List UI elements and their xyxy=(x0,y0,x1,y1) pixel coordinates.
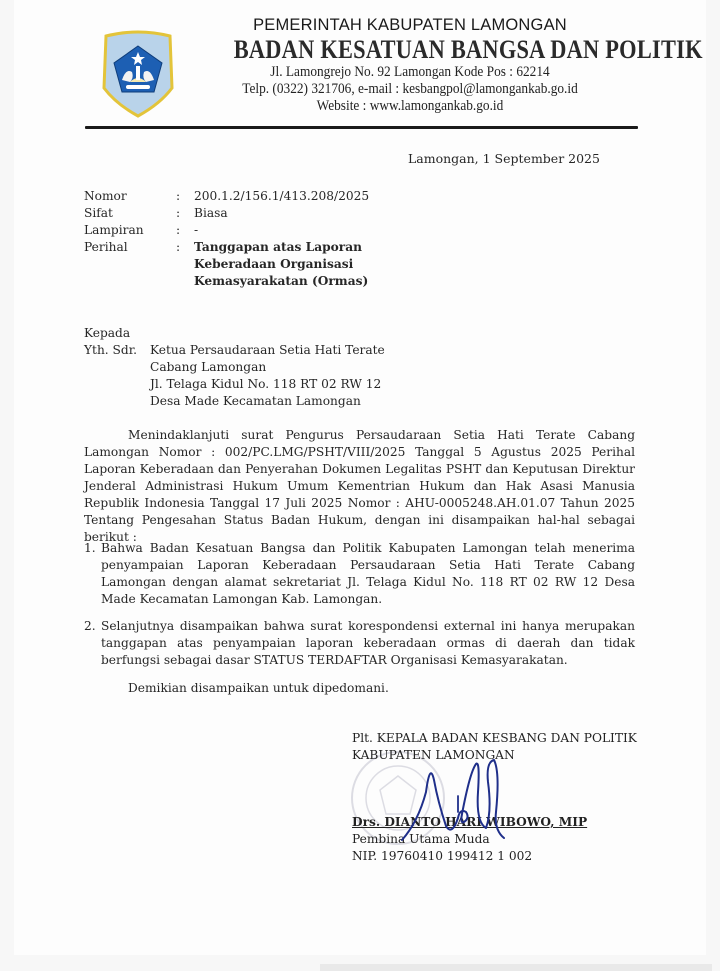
meta-separator: : xyxy=(176,239,194,290)
meta-separator: : xyxy=(176,205,194,222)
list-item: 2. Selanjutnya disampaikan bahwa surat k… xyxy=(84,618,635,669)
meta-value: - xyxy=(194,222,474,239)
meta-key: Sifat xyxy=(84,205,176,222)
letter-meta: Nomor : 200.1.2/156.1/413.208/2025 Sifat… xyxy=(84,188,474,290)
meta-separator: : xyxy=(176,222,194,239)
recipient-row: Yth. Sdr. Ketua Persaudaraan Setia Hati … xyxy=(84,342,385,410)
handwritten-signature-icon xyxy=(400,752,510,847)
letterhead: PEMERINTAH KABUPATEN LAMONGAN BADAN KESA… xyxy=(205,12,615,115)
agency-contact: Telp. (0322) 321706, e-mail : kesbangpol… xyxy=(221,81,598,98)
recipient-salutation: Yth. Sdr. xyxy=(84,342,150,410)
agency-website: Website : www.lamongankab.go.id xyxy=(221,98,598,115)
government-name: PEMERINTAH KABUPATEN LAMONGAN xyxy=(205,14,615,36)
recipient-block: Kepada Yth. Sdr. Ketua Persaudaraan Seti… xyxy=(84,325,385,410)
list-item-text: Selanjutnya disampaikan bahwa surat kore… xyxy=(101,618,635,669)
recipient-line: Desa Made Kecamatan Lamongan xyxy=(150,393,385,410)
list-item-text: Bahwa Badan Kesatuan Bangsa dan Politik … xyxy=(101,540,635,608)
opening-paragraph-text: Menindaklanjuti surat Pengurus Persaudar… xyxy=(84,427,635,546)
letterhead-divider xyxy=(85,126,638,129)
agency-address: Jl. Lamongrejo No. 92 Lamongan Kode Pos … xyxy=(221,64,598,81)
closing-sentence: Demikian disampaikan untuk dipedomani. xyxy=(128,680,389,697)
list-item-number: 1. xyxy=(84,540,101,608)
agency-name: BADAN KESATUAN BANGSA DAN POLITIK xyxy=(234,36,587,64)
recipient-lines: Ketua Persaudaraan Setia Hati Terate Cab… xyxy=(150,342,385,410)
letter-date: Lamongan, 1 September 2025 xyxy=(408,150,600,167)
meta-value-subject: Tanggapan atas Laporan Keberadaan Organi… xyxy=(194,239,379,290)
meta-key: Perihal xyxy=(84,239,176,290)
opening-paragraph: Menindaklanjuti surat Pengurus Persaudar… xyxy=(84,427,635,546)
meta-value: 200.1.2/156.1/413.208/2025 xyxy=(194,188,474,205)
list-item: 1. Bahwa Badan Kesatuan Bangsa dan Polit… xyxy=(84,540,635,608)
recipient-line: Jl. Telaga Kidul No. 118 RT 02 RW 12 xyxy=(150,376,385,393)
recipient-to: Kepada xyxy=(84,325,385,342)
list-item-number: 2. xyxy=(84,618,101,669)
recipient-line: Ketua Persaudaraan Setia Hati Terate xyxy=(150,342,385,359)
meta-value: Biasa xyxy=(194,205,474,222)
meta-row-lampiran: Lampiran : - xyxy=(84,222,474,239)
meta-key: Lampiran xyxy=(84,222,176,239)
signer-nip: NIP. 19760410 199412 1 002 xyxy=(352,848,652,865)
signer-title: Plt. KEPALA BADAN KESBANG DAN POLITIK xyxy=(352,730,652,747)
recipient-line: Cabang Lamongan xyxy=(150,359,385,376)
meta-row-nomor: Nomor : 200.1.2/156.1/413.208/2025 xyxy=(84,188,474,205)
points-list: 1. Bahwa Badan Kesatuan Bangsa dan Polit… xyxy=(84,540,635,679)
page-edge xyxy=(320,964,712,971)
meta-key: Nomor xyxy=(84,188,176,205)
meta-separator: : xyxy=(176,188,194,205)
meta-row-sifat: Sifat : Biasa xyxy=(84,205,474,222)
meta-row-perihal: Perihal : Tanggapan atas Laporan Keberad… xyxy=(84,239,474,290)
lamongan-regency-crest-icon xyxy=(100,30,176,118)
